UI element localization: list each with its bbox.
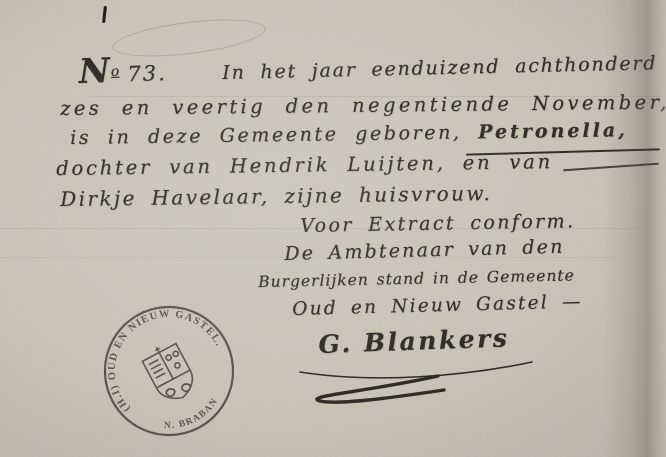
municipal-stamp: (H.I) OUD EN NIEUW GASTEL. N. BRABAND <box>94 296 244 446</box>
stamp-ring-top-text: (H.I) OUD EN NIEUW GASTEL. <box>94 296 232 415</box>
line4-flourish <box>563 163 659 172</box>
scanned-birth-record: No73. In het jaar eenduizend achthonderd… <box>0 0 666 457</box>
closing-line-2: De Ambtenaar van den <box>284 236 565 265</box>
signature-flourish <box>286 356 546 404</box>
body-line-2: zes en veertig den negentiende November, <box>60 91 666 120</box>
record-number-ordinal: o <box>111 63 120 79</box>
closing-line-3: Burgerlijken stand in de Gemeente <box>258 266 575 291</box>
coat-of-arms-shield <box>140 338 200 406</box>
record-number: No73. <box>78 49 167 92</box>
pen-tick-mark <box>102 6 107 23</box>
body-line-5: Dirkje Havelaar, zijne huisvrouw. <box>60 181 492 211</box>
record-number-letter: N <box>78 51 110 92</box>
closing-line-1: Voor Extract conform. <box>300 210 576 237</box>
body-line-3: is in deze Gemeente geboren, Petronella, <box>70 119 628 149</box>
record-number-value: 73. <box>127 61 167 86</box>
svg-text:(H.I) OUD EN NIEUW GASTEL.: (H.I) OUD EN NIEUW GASTEL. <box>94 296 232 415</box>
body-line-3-prefix: is in deze Gemeente geboren, <box>70 121 478 149</box>
body-line-1: In het jaar eenduizend achthonderd <box>222 52 657 84</box>
child-name: Petronella, <box>478 119 628 143</box>
signature-text: G. Blankers <box>318 323 510 359</box>
body-line-4: dochter van Hendrik Luijten, en van <box>56 150 553 180</box>
closing-line-4: Oud en Nieuw Gastel — <box>292 291 583 320</box>
